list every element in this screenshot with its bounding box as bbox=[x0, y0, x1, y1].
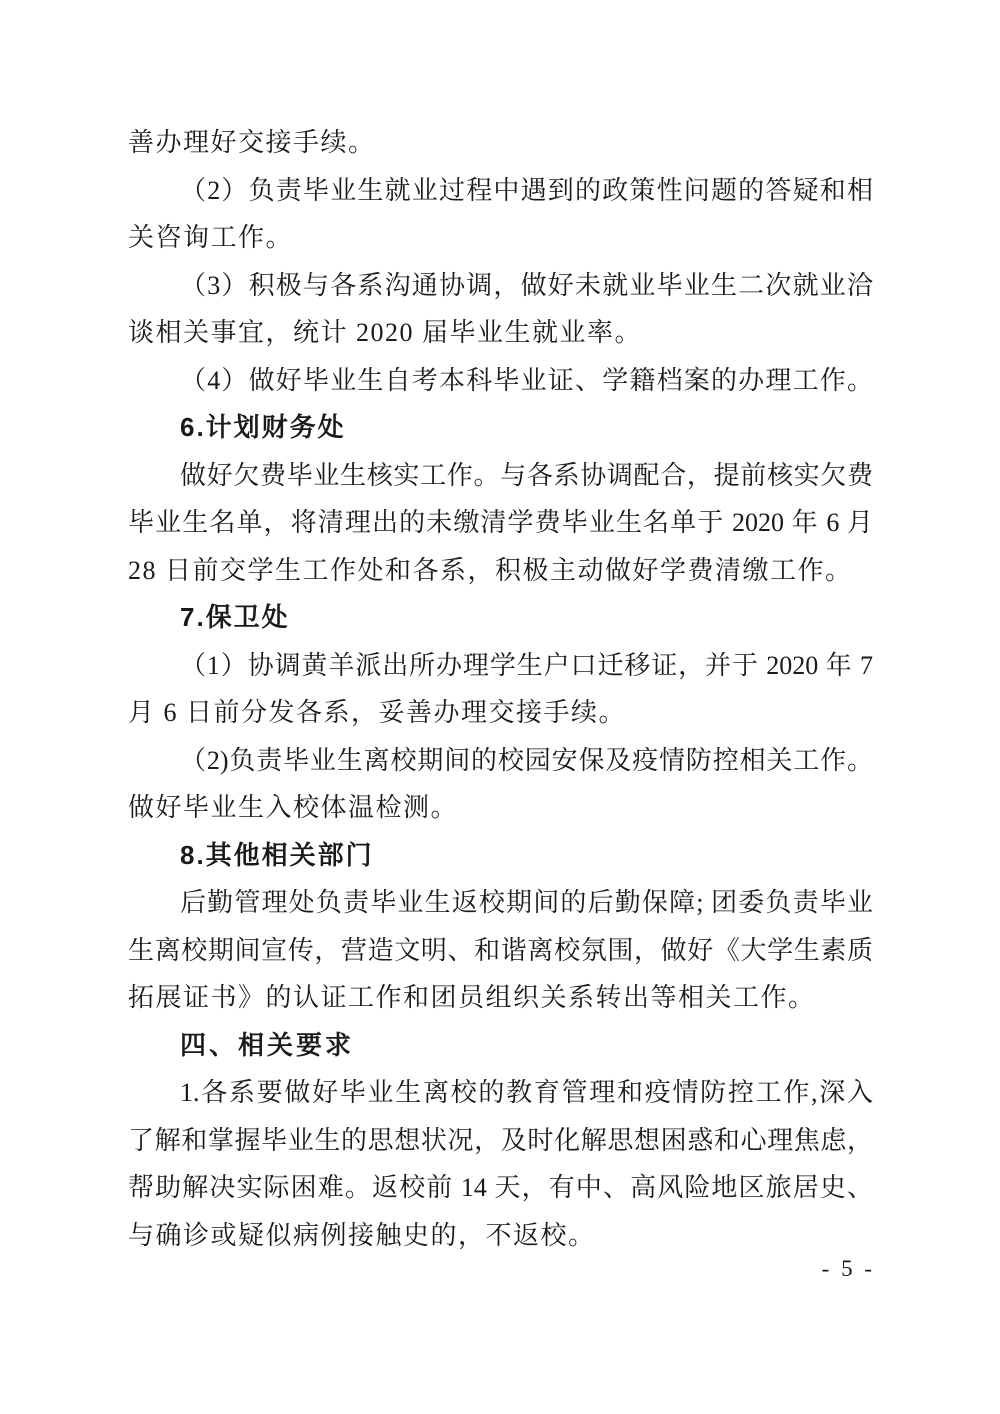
text-block: 善办理好交接手续。 （2）负责毕业生就业过程中遇到的政策性问题的答疑和相 关咨询… bbox=[128, 119, 873, 1259]
text-line: 后勤管理处负责毕业生返校期间的后勤保障; 团委负责毕业 bbox=[128, 879, 873, 927]
document-page: 善办理好交接手续。 （2）负责毕业生就业过程中遇到的政策性问题的答疑和相 关咨询… bbox=[0, 0, 1000, 1414]
text-line: （3）积极与各系沟通协调，做好未就业毕业生二次就业洽 bbox=[128, 262, 873, 310]
text-line: 帮助解决实际困难。返校前 14 天，有中、高风险地区旅居史、 bbox=[128, 1164, 873, 1212]
section-heading-finance: 6.计划财务处 bbox=[128, 404, 873, 452]
text-line: （1）协调黄羊派出所办理学生户口迁移证，并于 2020 年 7 bbox=[128, 642, 873, 690]
text-line: 关咨询工作。 bbox=[128, 214, 873, 262]
text-line: 做好欠费毕业生核实工作。与各系协调配合，提前核实欠费 bbox=[128, 452, 873, 500]
text-line: （2)负责毕业生离校期间的校园安保及疫情防控相关工作。 bbox=[128, 737, 873, 785]
text-line: （4）做好毕业生自考本科毕业证、学籍档案的办理工作。 bbox=[128, 357, 873, 405]
text-line: 善办理好交接手续。 bbox=[128, 119, 873, 167]
page-number: - 5 - bbox=[822, 1256, 875, 1282]
text-line: 生离校期间宣传，营造文明、和谐离校氛围，做好《大学生素质 bbox=[128, 927, 873, 975]
section-heading-security: 7.保卫处 bbox=[128, 594, 873, 642]
section-heading-requirements: 四、相关要求 bbox=[128, 1022, 873, 1070]
text-line: 毕业生名单，将清理出的未缴清学费毕业生名单于 2020 年 6 月 bbox=[128, 499, 873, 547]
text-line: 1.各系要做好毕业生离校的教育管理和疫情防控工作,深入 bbox=[128, 1069, 873, 1117]
text-line: 谈相关事宜，统计 2020 届毕业生就业率。 bbox=[128, 309, 873, 357]
text-line: 月 6 日前分发各系，妥善办理交接手续。 bbox=[128, 689, 873, 737]
section-heading-other-departments: 8.其他相关部门 bbox=[128, 832, 873, 880]
text-line: 拓展证书》的认证工作和团员组织关系转出等相关工作。 bbox=[128, 974, 873, 1022]
text-line: 与确诊或疑似病例接触史的，不返校。 bbox=[128, 1212, 873, 1260]
text-line: 了解和掌握毕业生的思想状况，及时化解思想困惑和心理焦虑， bbox=[128, 1117, 873, 1165]
text-line: 做好毕业生入校体温检测。 bbox=[128, 784, 873, 832]
text-line: （2）负责毕业生就业过程中遇到的政策性问题的答疑和相 bbox=[128, 167, 873, 215]
text-line: 28 日前交学生工作处和各系，积极主动做好学费清缴工作。 bbox=[128, 547, 873, 595]
